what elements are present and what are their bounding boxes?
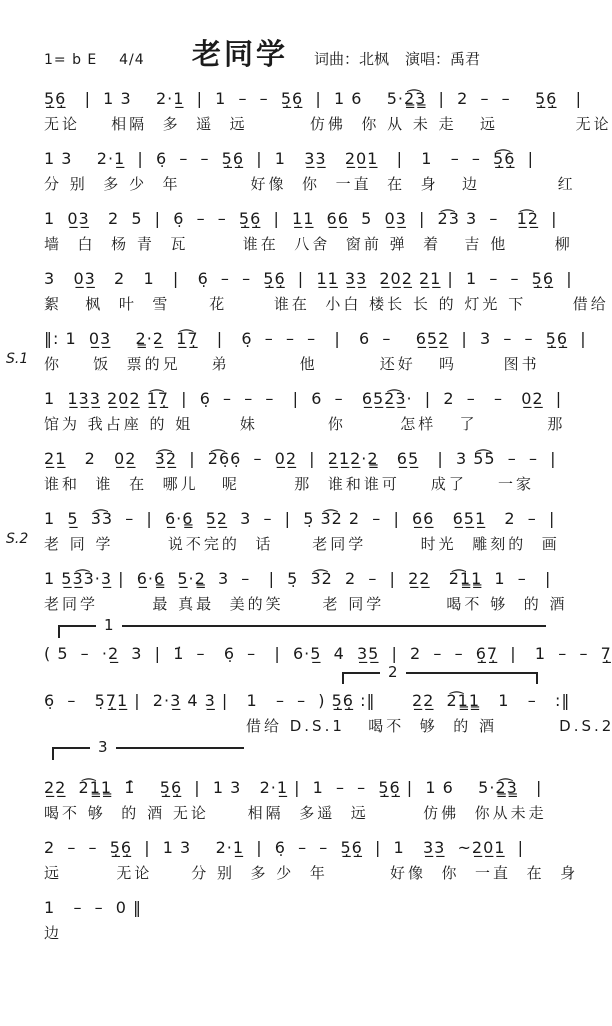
lyrics-line: 喝不 够 的 酒 无论 相隔 多遥 远 仿佛 你从未走 xyxy=(44,801,588,825)
lyrics-line: 你 饭 票的兄 弟 他 还好 吗 图书 xyxy=(44,352,588,376)
lyrics-line: 老 同 学 说不完的 话 老同学 时光 雕刻的 画 xyxy=(44,532,588,556)
system: S.1 ‖: 1 0̲3̲ 2̳·2̲ 1̲͡7̲̣ | 6̣ – – – | … xyxy=(44,325,588,376)
system: 1 1̲3̲3̲ 2̲0̲2̲ 1̲͡7̲̣ | 6̣ – – – | 6 – … xyxy=(44,385,588,436)
key-time-signature: 1= b E 4/4 xyxy=(44,52,192,68)
lyrics-line: 借给 D.S.1 喝不 够 的 酒 D.S.2 xyxy=(44,714,588,738)
sheet-music-page: 1= b E 4/4 老同学 词曲：北枫 演唱：禹君 5̲̣6̲̣ | 1 3 … xyxy=(0,0,612,945)
system: 1 5̲3̲͡3·3̲ | 6̲·6̳ 5̲·2̳ 3 – | 5̣ 3͡2 2… xyxy=(44,565,588,616)
volta-bracket-3: 3 xyxy=(52,747,244,760)
system: ( 5 – ·2̲ 3 | 1̇ – 6̣ – | 6·5̲ 4 3̲5̲ | … xyxy=(44,640,588,667)
system: 2 – – 5̲̣6̲̣ | 1 3 2·1̲ | 6̣ – – 5̲̣6̲̣ … xyxy=(44,834,588,885)
notation-line: 1 1̲3̲3̲ 2̲0̲2̲ 1̲͡7̲̣ | 6̣ – – – | 6 – … xyxy=(44,385,588,412)
volta-number: 3 xyxy=(90,738,116,756)
credits: 词曲：北枫 演唱：禹君 xyxy=(314,48,480,69)
notation-line: 1 5̲ 3͡3 – | 6̲·6̳ 5̲2̲ 3 – | 5̣ 3͡2 2 –… xyxy=(44,505,588,532)
system: 1 3 2·1̲ | 6̣ – – 5̲̣6̲̣ | 1 3̲3̲ 2̲0̲1̲… xyxy=(44,145,588,196)
singer-credit: 演唱：禹君 xyxy=(405,48,480,69)
lyrics-line: 分 别 多 少 年 好像 你 一直 在 身 边 红 xyxy=(44,172,588,196)
system: 5̲̣6̲̣ | 1 3 2·1̲ | 1 – – 5̲̣6̲̣ | 1 6 5… xyxy=(44,85,588,136)
notation-line: 1 0̲3̲ 2 5 | 6̣ – – 5̲̣6̲̣ | 1̲1̲ 6̲6̲ 5… xyxy=(44,205,588,232)
composer-credit: 词曲：北枫 xyxy=(314,48,389,69)
notation-line: 5̲̣6̲̣ | 1 3 2·1̲ | 1 – – 5̲̣6̲̣ | 1 6 5… xyxy=(44,85,588,112)
song-title: 老同学 xyxy=(192,32,288,73)
header: 1= b E 4/4 老同学 词曲：北枫 演唱：禹君 xyxy=(44,32,588,73)
lyrics-line: 边 xyxy=(44,921,588,945)
notation-line: 2̲1̲ 2 0̲2̲ 3̲͡2̲ | 2͡6̣6̣ – 0̲2̲ | 2̲1̲… xyxy=(44,445,588,472)
system: 2̲1̲ 2 0̲2̲ 3̲͡2̲ | 2͡6̣6̣ – 0̲2̲ | 2̲1̲… xyxy=(44,445,588,496)
system: 2 6̣ – 5̣7̲̣1̲ | 2·3̲ 4 3̲ | 1 – – ) 5̲̣… xyxy=(44,687,588,738)
notation-line: 1 5̲3̲͡3·3̲ | 6̲·6̳ 5̲·2̳ 3 – | 5̣ 3͡2 2… xyxy=(44,565,588,592)
notation-line: 2̲2̲ 2͡1̳1̳ 1̇̑ 5̲̣6̲̣ | 1 3 2·1̲ | 1 – … xyxy=(44,774,588,801)
lyrics-line: 墙 白 杨 青 瓦 谁在 八舍 窗前 弹 着 吉 他 柳 xyxy=(44,232,588,256)
segno-mark: S.2 xyxy=(6,531,28,547)
notation-line: 1 3 2·1̲ | 6̣ – – 5̲̣6̲̣ | 1 3̲3̲ 2̲0̲1̲… xyxy=(44,145,588,172)
volta-bracket-2: 2 xyxy=(342,672,538,684)
lyrics-line: 絮 枫 叶 雪 花 谁在 小白 楼长 长 的 灯光 下 借给 xyxy=(44,292,588,316)
notation-line: 1 – – 0 ‖ xyxy=(44,894,588,921)
system: 3 0̲3̲ 2 1 | 6̣ – – 5̲̣6̲̣ | 1̲1̲ 3̲3̲ 2… xyxy=(44,265,588,316)
volta-bracket-1: 1 xyxy=(58,625,546,638)
notation-line: 6̣ – 5̣7̲̣1̲ | 2·3̲ 4 3̲ | 1 – – ) 5̲̣6̲… xyxy=(44,687,588,714)
notation-line: ‖: 1 0̲3̲ 2̳·2̲ 1̲͡7̲̣ | 6̣ – – – | 6 – … xyxy=(44,325,588,352)
notation-line: 2 – – 5̲̣6̲̣ | 1 3 2·1̲ | 6̣ – – 5̲̣6̲̣ … xyxy=(44,834,588,861)
lyrics-line: 远 无论 分 别 多 少 年 好像 你 一直 在 身 xyxy=(44,861,588,885)
system: 1 0̲3̲ 2 5 | 6̣ – – 5̲̣6̲̣ | 1̲1̲ 6̲6̲ 5… xyxy=(44,205,588,256)
notation-line: 3 0̲3̲ 2 1 | 6̣ – – 5̲̣6̲̣ | 1̲1̲ 3̲3̲ 2… xyxy=(44,265,588,292)
system: 1 – – 0 ‖ 边 xyxy=(44,894,588,945)
lyrics-line: 馆为 我占座 的 姐 妹 你 怎样 了 那 xyxy=(44,412,588,436)
system: 2̲2̲ 2͡1̳1̳ 1̇̑ 5̲̣6̲̣ | 1 3 2·1̲ | 1 – … xyxy=(44,774,588,825)
lyrics-line: 老同学 最 真最 美的笑 老 同学 喝不 够 的 酒 xyxy=(44,592,588,616)
lyrics-line: 无论 相隔 多 遥 远 仿佛 你 从 未 走 远 无论 xyxy=(44,112,588,136)
segno-mark: S.1 xyxy=(6,351,28,367)
lyrics-line: 谁和 谁 在 哪儿 呢 那 谁和谁可 成了 一家 xyxy=(44,472,588,496)
volta-number: 1 xyxy=(96,616,122,634)
volta-number: 2 xyxy=(380,663,406,681)
notation-line: ( 5 – ·2̲ 3 | 1̇ – 6̣ – | 6·5̲ 4 3̲5̲ | … xyxy=(44,640,588,667)
system: S.2 1 5̲ 3͡3 – | 6̲·6̳ 5̲2̲ 3 – | 5̣ 3͡2… xyxy=(44,505,588,556)
